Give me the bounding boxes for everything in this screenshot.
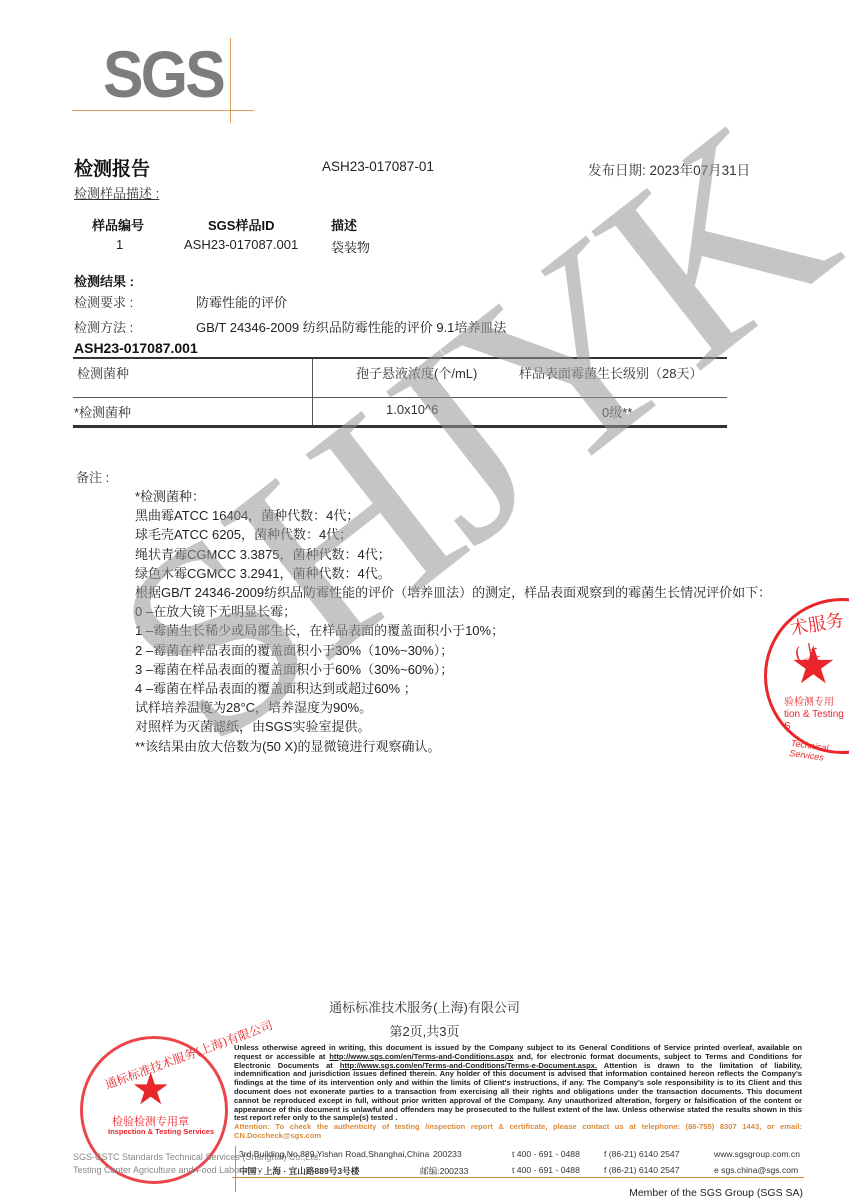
stamp-center-en: Inspection & Testing Services [108,1127,214,1136]
issue-date-label: 发布日期: [588,163,646,178]
fax: f (86-21) 6140 2547 [604,1165,680,1175]
logo-rule-horizontal [72,110,254,111]
method-value: GB/T 24346-2009 纺织品防霉性能的评价 9.1培养皿法 [196,317,506,336]
table-column-divider [312,359,313,425]
sample-description: 袋装物 [331,237,370,256]
issue-date-value: 2023年07月31日 [650,163,751,178]
stamp-center-cn: 验检测专用 [784,697,849,709]
note-line: 2 –霉菌在样品表面的覆盖面积小于30%（10%~30%）； [135,641,795,660]
star-icon: ★ [790,640,837,692]
sample-no-header: 样品编号 [92,215,144,234]
result-sample-id: ASH23-017087.001 [74,340,198,356]
legal-disclaimer: Unless otherwise agreed in writing, this… [234,1044,802,1141]
sgs-group-member: Member of the SGS Group (SGS SA) [629,1187,803,1199]
note-line: 绳状青霉CGMCC 3.3875，菌种代数：4代； [135,545,795,564]
company-name: 通标标准技术服务(上海)有限公司 [0,997,849,1016]
note-line: 绿色木霉CGMCC 3.2941，菌种代数：4代。 [135,564,795,583]
postcode-en: 200233 [433,1149,462,1159]
note-line: 3 –霉菌在样品表面的覆盖面积小于60%（30%~60%）； [135,660,795,679]
stamp-center-text: 验检测专用 tion & Testing S [784,697,849,733]
note-line: 试样培养温度为28°C，培养湿度为90%。 [135,698,795,717]
method-label: 检测方法 : [74,317,133,336]
note-line: 根据GB/T 24346-2009纺织品防霉性能的评价（培养皿法）的测定，样品表… [135,583,795,602]
concentration-cell: 1.0x10^6 [386,402,438,417]
website[interactable]: www.sgsgroup.com.cn [714,1149,800,1159]
table-bottom-rule [73,425,727,428]
note-line: *检测菌种： [135,487,795,506]
growth-grade-cell: 0级** [602,402,632,421]
stamp-center-en: tion & Testing S [784,709,849,733]
note-line: 4 –霉菌在样品表面的覆盖面积达到或超过60% ； [135,679,795,698]
sgs-logo: SGS [103,36,223,112]
strain-cell: *检测菌种 [74,402,131,421]
sgs-sample-id: ASH23-017087.001 [184,237,298,252]
fax: f (86-21) 6140 2547 [604,1149,680,1159]
postcode-cn: 邮编:200233 [420,1165,468,1177]
strain-header: 检测菌种 [77,363,129,382]
sample-no: 1 [116,237,123,252]
notes-list: *检测菌种： 黑曲霉ATCC 16404，菌种代数：4代； 球毛壳ATCC 62… [135,487,795,756]
address-en: 3rd Building,No.889,Yishan Road,Shanghai… [239,1149,429,1159]
note-line: **该结果由放大倍数为(50 X)的显微镜进行观察确认。 [135,737,795,756]
page-number: 第2页,共3页 [0,1021,849,1040]
telephone: t 400 - 691 - 0488 [512,1165,580,1175]
address-rule-vertical [235,1146,236,1192]
requirement-label: 检测要求 : [74,292,133,311]
growth-grade-header: 样品表面霉菌生长级别（28天） [519,363,702,382]
table-top-rule [73,357,727,359]
concentration-header: 孢子悬液浓度(个/mL) [356,363,477,382]
address-cn: 中国 · 上海 · 宜山路889号3号楼 [239,1165,359,1177]
note-line: 球毛壳ATCC 6205，菌种代数：4代； [135,525,795,544]
sample-description-label: 检测样品描述 : [74,183,159,202]
legal-text: Attention is drawn to the limitation of … [234,1061,802,1123]
results-table: 检测菌种 孢子悬液浓度(个/mL) 样品表面霉菌生长级别（28天） *检测菌种 … [73,357,727,428]
note-line: 黑曲霉ATCC 16404，菌种代数：4代； [135,506,795,525]
table-header-rule [73,397,727,398]
email[interactable]: e sgs.china@sgs.com [714,1165,798,1175]
star-icon: ★ [131,1068,170,1112]
issue-date: 发布日期: 2023年07月31日 [588,159,750,179]
notes-label: 备注 : [76,467,109,486]
logo-rule-vertical [230,38,231,123]
requirement-value: 防霉性能的评价 [196,292,287,311]
report-title: 检测报告 [74,154,150,181]
authenticity-notice: Attention: To check the authenticity of … [234,1123,802,1141]
sgs-sample-id-header: SGS样品ID [208,215,274,234]
results-heading: 检测结果 : [74,271,134,290]
note-line: 1 –霉菌生长稀少或局部生长，在样品表面的覆盖面积小于10%； [135,621,795,640]
report-number: ASH23-017087-01 [322,159,434,174]
telephone: t 400 - 691 - 0488 [512,1149,580,1159]
address-rule-horizontal [232,1177,804,1178]
note-line: 对照样为灭菌滤纸，由SGS实验室提供。 [135,717,795,736]
terms-link[interactable]: http://www.sgs.com/en/Terms-and-Conditio… [329,1052,513,1061]
description-header: 描述 [331,215,357,234]
e-terms-link[interactable]: http://www.sgs.com/en/Terms-and-Conditio… [340,1061,597,1070]
note-line: 0 –在放大镜下无明显长霉； [135,602,795,621]
